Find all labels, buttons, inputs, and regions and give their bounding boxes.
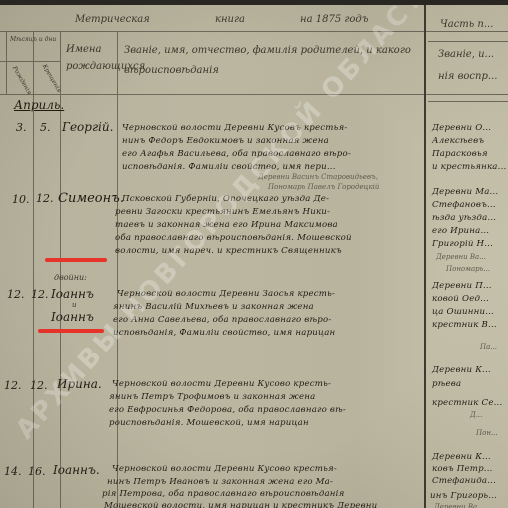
birth-day: 3.: [16, 121, 27, 134]
birth-day: 12.: [4, 379, 22, 392]
right-entry-line: Алексѣевъ: [432, 136, 484, 146]
header-right-status-2: нія воспр...: [438, 71, 497, 82]
right-entry-note: Пономарь...: [446, 265, 490, 273]
right-entry-line: Деревни П...: [432, 281, 492, 291]
right-entry-line: Стефанида...: [432, 476, 496, 486]
header-months-days: Мѣсяцъ и дни: [10, 35, 60, 45]
right-entry-line: Деревни К...: [432, 365, 491, 375]
entry-line: роисповѣданія. Мошевской, имя нарицан: [109, 418, 309, 428]
child-name: Іоаннъ: [51, 287, 94, 301]
right-entry-note: Д...: [470, 411, 482, 419]
child-name: Симеонъ.: [58, 191, 124, 206]
header-right-status: Званіе, и...: [438, 49, 494, 60]
child-name: Георгій.: [62, 120, 113, 134]
page-gutter: [424, 5, 426, 508]
header-birth: Рожденія: [11, 65, 33, 96]
right-entry-line: ца Ошинни...: [432, 307, 494, 317]
right-entry-note: Па...: [480, 343, 497, 351]
baptism-day: 16.: [28, 465, 46, 478]
right-entry-note: Деревни Ва...: [436, 253, 486, 261]
birth-day: 12.: [7, 288, 25, 301]
rule-right-top: [428, 41, 508, 42]
birth-day: 14.: [4, 465, 22, 478]
rule-header-bottom: [0, 94, 508, 95]
right-entry-line: его Ирина...: [432, 226, 489, 236]
entry-line: оба православнаго вѣроисповѣданія. Мошев…: [115, 233, 352, 243]
rule-top: [0, 31, 508, 32]
right-entry-line: Парасковья: [432, 149, 488, 159]
right-entry-line: ковъ Петр...: [432, 464, 493, 474]
rule-right-header: [428, 101, 508, 102]
header-names: Имена рождающихся: [66, 41, 116, 75]
entry-line: исповѣданія. Фамиліи свойство, имя пери.…: [122, 162, 336, 172]
baptism-day: 12.: [36, 192, 54, 205]
conjunction: и: [72, 301, 77, 309]
child-name: Іоаннъ.: [53, 463, 100, 477]
col-divider-1: [6, 31, 7, 95]
child-name-2: Іоаннъ: [51, 310, 94, 324]
register-title-left: Метрическая: [75, 14, 150, 25]
right-entry-line: ѣзда уѣзда...: [432, 213, 496, 223]
entry-note: Пономарь Павелъ Городецкій: [268, 183, 379, 191]
right-entry-line: Деревни К...: [432, 452, 491, 462]
right-entry-line: Деревни О...: [432, 123, 491, 133]
right-entry-line: и крестьянка...: [432, 162, 506, 172]
right-entry-line: инъ Григорь...: [430, 491, 497, 501]
entry-line: исповѣданія, Фамиліи свойство, имя нариц…: [113, 328, 335, 338]
entry-line: Черновской волости Деревни Кусово кресть…: [112, 379, 331, 389]
right-entry-note: Деревни Ва...: [434, 503, 484, 508]
right-entry-line: Григорій Н...: [432, 239, 493, 249]
register-page: Метрическая книга на 1875 годъ Часть п..…: [0, 5, 508, 508]
baptism-day: 12.: [31, 288, 49, 301]
col-divider-4: [117, 31, 118, 508]
right-entry-line: рѣева: [432, 379, 461, 389]
right-entry-line: крестник В...: [432, 320, 497, 330]
entry-line: его Евфросинья Федорова, оба православна…: [109, 405, 346, 415]
rule-header-sub: [0, 61, 60, 62]
right-entry-line: Стефановъ...: [432, 200, 496, 210]
register-title-year: на 1875 годъ: [300, 14, 368, 25]
right-entry-line: крестник Се...: [432, 398, 502, 408]
twins-label: двойни:: [54, 273, 87, 282]
entry-line: Черновской волости Деревни Кусово кресть…: [112, 464, 337, 474]
entry-line: Мошевской волости, имя нарицан и крестни…: [104, 501, 377, 508]
register-title-mid: книга: [215, 14, 245, 25]
right-entry-line: Деревни Ма...: [432, 187, 498, 197]
entry-line: янинъ Петръ Трофимовъ и законная жена: [109, 392, 315, 402]
entry-line: волости, имя нареч. и крестникъ Священни…: [115, 246, 342, 256]
red-annotation-mark-top: [45, 258, 107, 262]
entry-line: нинъ Петръ Ивановъ и законная жена его М…: [107, 477, 333, 487]
entry-line: его Агафья Васильева, оба православнаго …: [122, 149, 351, 159]
month-label: Априль.: [14, 98, 64, 112]
right-entry-note: Пон...: [476, 429, 498, 437]
entry-line: рія Петрова, оба православнаго вѣроиспов…: [102, 489, 345, 499]
right-page-header: Часть п...: [440, 19, 493, 30]
birth-day: 10.: [12, 193, 30, 206]
baptism-day: 5.: [40, 121, 51, 134]
right-entry-line: ковой Оед...: [432, 294, 489, 304]
